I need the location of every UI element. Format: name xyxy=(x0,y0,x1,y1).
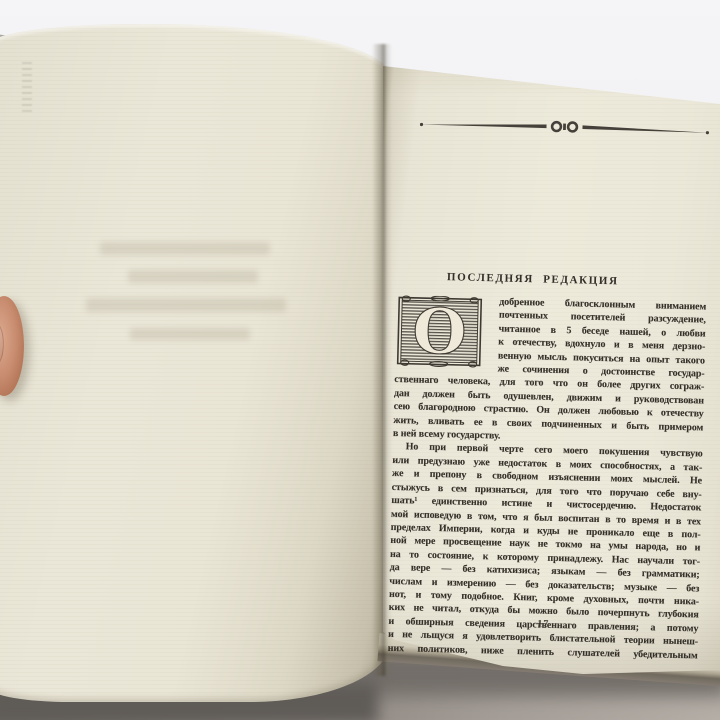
book-photo: ПОСЛЕДНЯЯ РЕДАКЦИЯ О добренное благоскл xyxy=(0,0,720,720)
right-page-content: ПОСЛЕДНЯЯ РЕДАКЦИЯ О добренное благоскл xyxy=(387,64,712,671)
left-page xyxy=(0,24,390,702)
show-through-text xyxy=(130,328,250,340)
show-through-text xyxy=(86,298,286,312)
margin-mark xyxy=(22,62,32,116)
show-through-text xyxy=(100,242,270,255)
header-rule-ornament xyxy=(418,116,710,137)
drop-cap-initial: О xyxy=(395,295,485,369)
show-through-text xyxy=(128,270,258,283)
thumbnail xyxy=(0,322,4,366)
chapter-heading: ПОСЛЕДНЯЯ РЕДАКЦИЯ xyxy=(397,270,669,289)
page-body: О добренное благосклонным вниманиемпочте… xyxy=(388,293,707,662)
svg-text:О: О xyxy=(412,295,468,369)
